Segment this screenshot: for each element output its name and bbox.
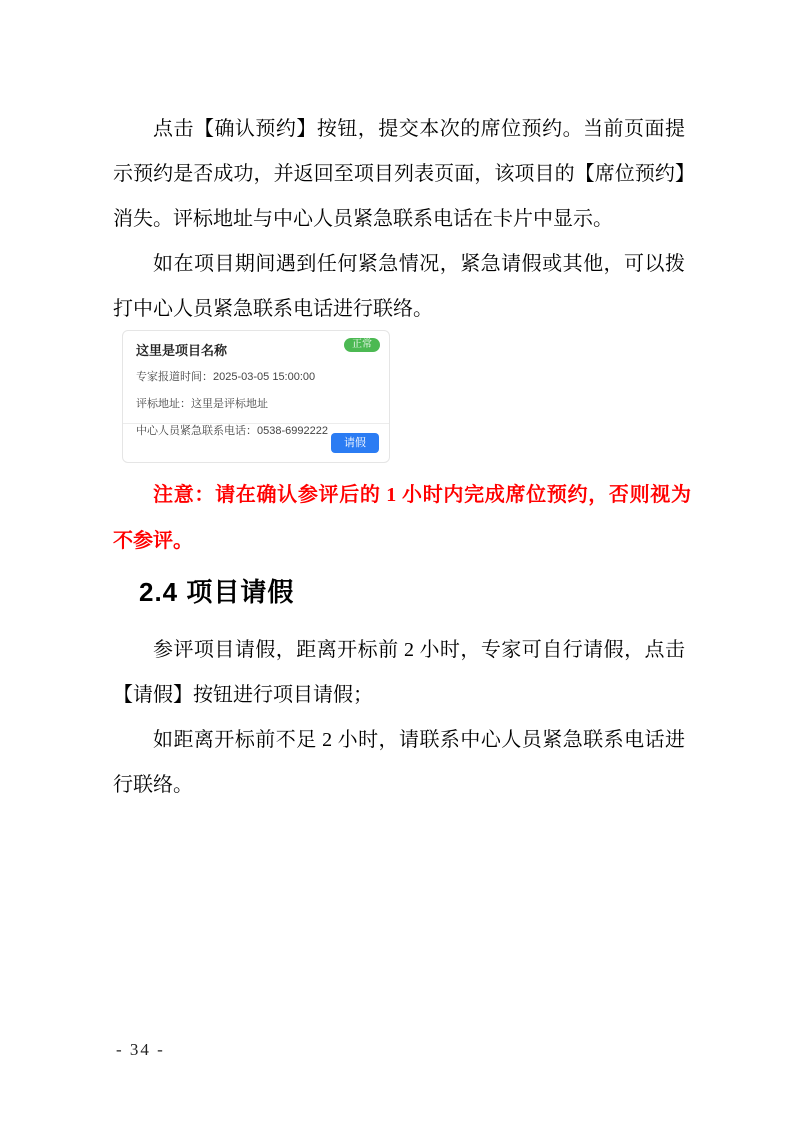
project-card: 这里是项目名称 正常 专家报道时间：2025-03-05 15:00:00 评标… (122, 330, 390, 463)
body-text-bottom: 参评项目请假，距离开标前 2 小时，专家可自行请假，点击【请假】按钮进行项目请假… (113, 628, 685, 808)
field-bid-address: 评标地址：这里是评标地址 (136, 395, 376, 411)
paragraph-emergency-contact: 如在项目期间遇到任何紧急情况，紧急请假或其他，可以拨打中心人员紧急联系电话进行联… (113, 242, 685, 332)
document-page: 点击【确认预约】按钮，提交本次的席位预约。当前页面提示预约是否成功，并返回至项目… (0, 0, 793, 1122)
project-card-body: 这里是项目名称 正常 专家报道时间：2025-03-05 15:00:00 评标… (123, 331, 389, 438)
body-text-top: 点击【确认预约】按钮，提交本次的席位预约。当前页面提示预约是否成功，并返回至项目… (113, 107, 685, 332)
field-report-time-label: 专家报道时间： (136, 371, 213, 383)
field-bid-address-value: 这里是评标地址 (191, 398, 268, 410)
paragraph-self-leave: 参评项目请假，距离开标前 2 小时，专家可自行请假，点击【请假】按钮进行项目请假… (113, 628, 685, 718)
paragraph-contact-center: 如距离开标前不足 2 小时，请联系中心人员紧急联系电话进行联络。 (113, 718, 685, 808)
warning-note: 注意：请在确认参评后的 1 小时内完成席位预约，否则视为不参评。 (113, 472, 691, 564)
field-report-time-value: 2025-03-05 15:00:00 (213, 371, 315, 383)
status-badge: 正常 (344, 338, 380, 352)
leave-request-button[interactable]: 请假 (331, 433, 379, 453)
paragraph-seat-reservation: 点击【确认预约】按钮，提交本次的席位预约。当前页面提示预约是否成功，并返回至项目… (113, 107, 685, 242)
section-heading-2-4: 2.4 项目请假 (139, 572, 294, 609)
project-title: 这里是项目名称 (136, 340, 376, 359)
field-report-time: 专家报道时间：2025-03-05 15:00:00 (136, 368, 376, 384)
page-number: - 34 - (116, 1040, 165, 1060)
project-card-footer: 请假 (123, 423, 389, 462)
field-bid-address-label: 评标地址： (136, 398, 191, 410)
